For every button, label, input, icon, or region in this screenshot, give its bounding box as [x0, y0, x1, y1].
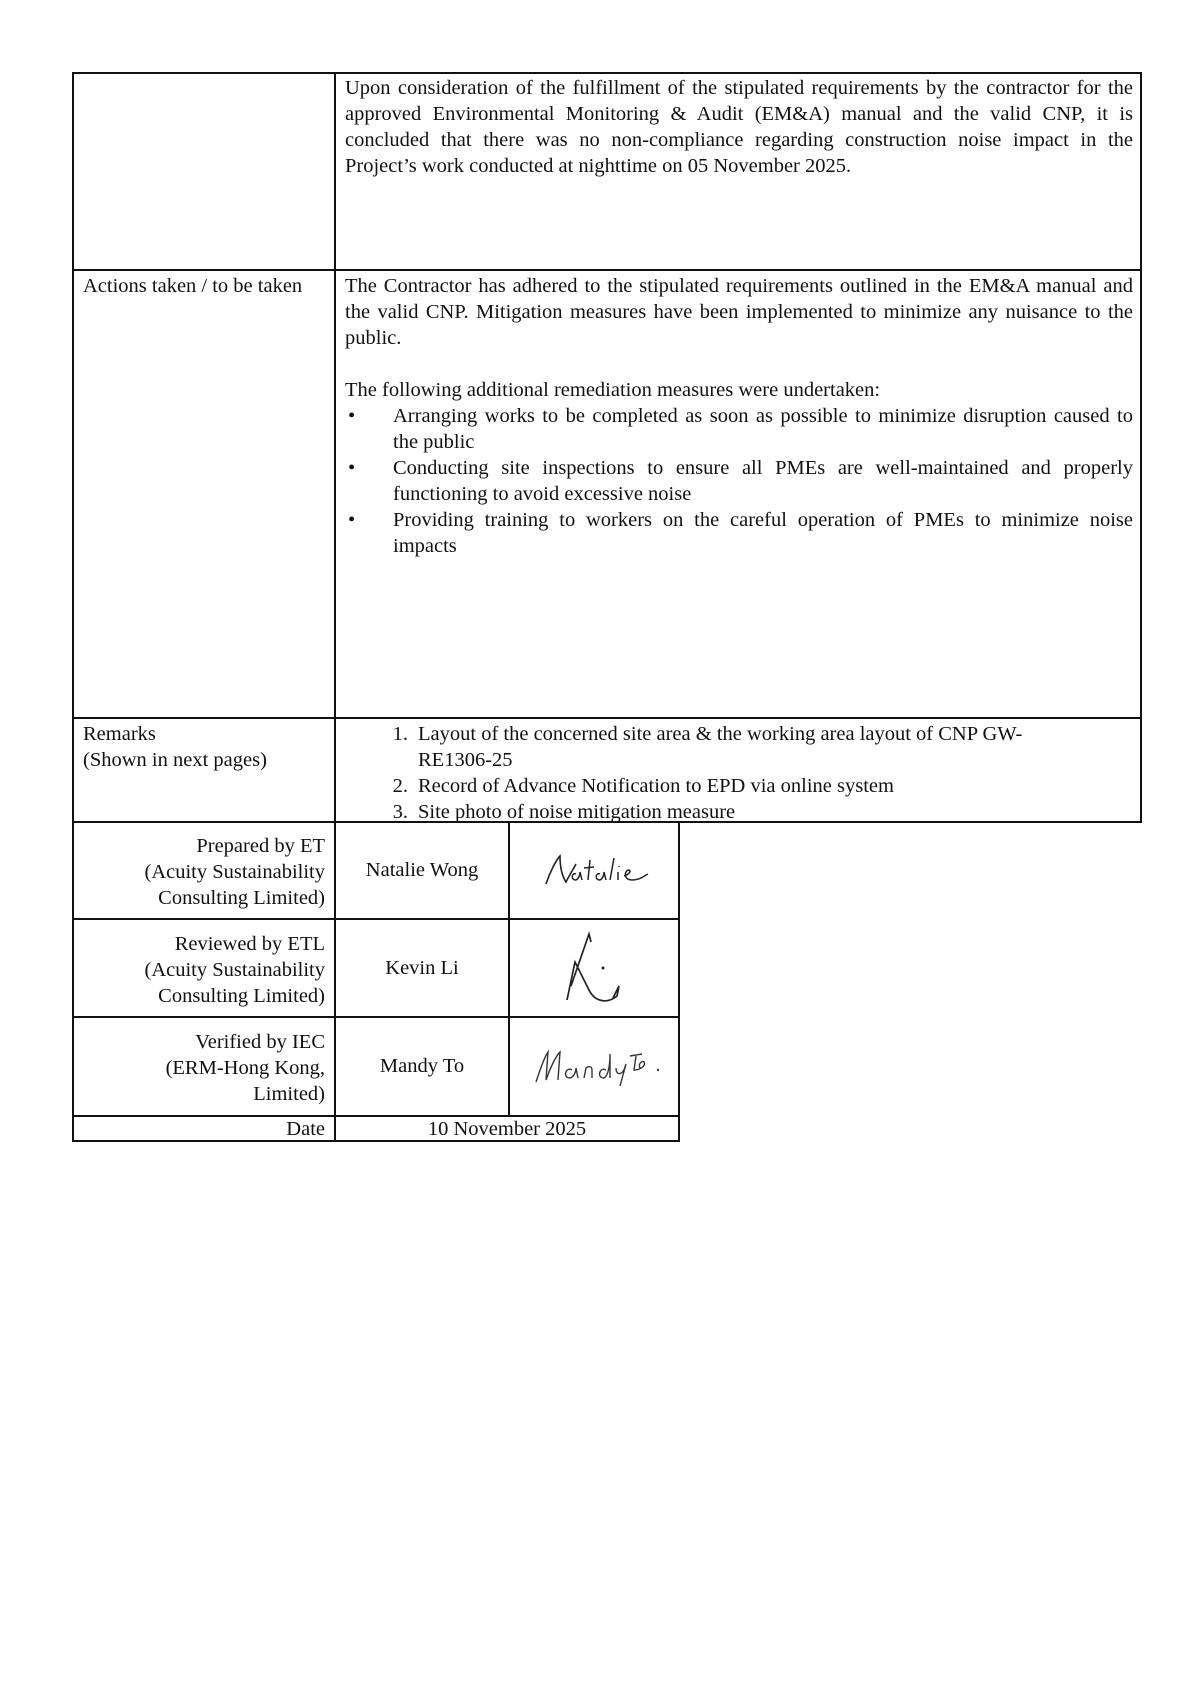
date-value: 10 November 2025 [336, 1116, 678, 1142]
actions-lead: The following additional remediation mea… [345, 377, 1133, 403]
actions-content: The Contractor has adhered to the stipul… [345, 273, 1133, 559]
remarks-content: 1.Layout of the concerned site area & th… [382, 721, 1042, 825]
list-item: •Arranging works to be completed as soon… [345, 403, 1133, 455]
measures-list: •Arranging works to be completed as soon… [345, 403, 1133, 559]
reviewed-name: Kevin Li [336, 955, 508, 981]
verified-role: Verified by IEC (ERM-Hong Kong, Limited) [80, 1029, 325, 1107]
signature-mandy [530, 1040, 670, 1090]
bullet-icon: • [348, 455, 355, 481]
reviewed-role: Reviewed by ETL (Acuity Sustainability C… [80, 931, 325, 1009]
prepared-name: Natalie Wong [336, 857, 508, 883]
signature-natalie [540, 850, 660, 900]
row-divider [72, 1016, 680, 1018]
table-border-left [72, 821, 74, 1142]
table-border-right [678, 821, 680, 1142]
table-border-right [1140, 72, 1142, 823]
row-divider [72, 269, 1142, 271]
conclusion-text: Upon consideration of the fulfillment of… [345, 75, 1133, 179]
list-item: 3.Site photo of noise mitigation measure [382, 799, 1042, 825]
row-divider [72, 918, 680, 920]
list-item: 2.Record of Advance Notification to EPD … [382, 773, 1042, 799]
table-border-left [72, 72, 74, 823]
date-label: Date [80, 1116, 325, 1142]
bullet-icon: • [348, 403, 355, 429]
table-border-top [72, 72, 1142, 74]
signature-kevin [555, 928, 635, 1008]
verified-name: Mandy To [336, 1053, 508, 1079]
prepared-role: Prepared by ET (Acuity Sustainability Co… [80, 833, 325, 911]
row-divider [72, 717, 1142, 719]
bullet-icon: • [348, 507, 355, 533]
list-item: •Providing training to workers on the ca… [345, 507, 1133, 559]
actions-intro: The Contractor has adhered to the stipul… [345, 273, 1133, 351]
list-item: •Conducting site inspections to ensure a… [345, 455, 1133, 507]
actions-label: Actions taken / to be taken [83, 273, 333, 299]
remarks-list: 1.Layout of the concerned site area & th… [382, 721, 1042, 825]
column-divider [508, 821, 510, 1117]
remarks-label: Remarks (Shown in next pages) [83, 721, 333, 773]
list-item: 1.Layout of the concerned site area & th… [382, 721, 1042, 773]
column-divider [334, 72, 336, 823]
